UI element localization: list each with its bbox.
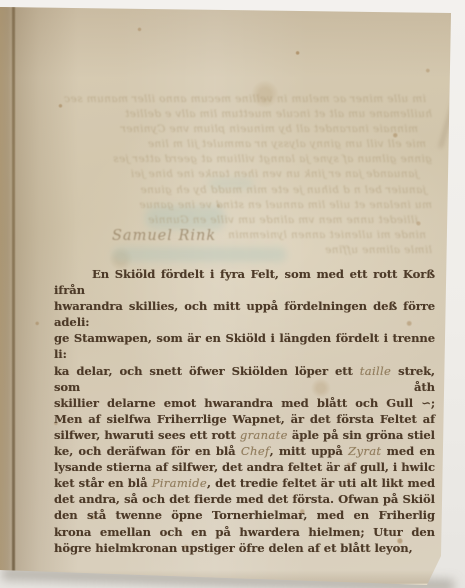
manuscript-line: skillier delarne emot hwarandra med blåt… (54, 395, 435, 411)
bleedthrough-line: mie ell vill um ginny alyssy nr ammulet … (56, 137, 432, 152)
manuscript-line: ket står en blå Piramide, det tredie fel… (54, 475, 435, 491)
text-segment: ket står en blå (54, 476, 152, 490)
manuscript-line: hwarandra skillies, och mitt uppå fördel… (54, 298, 435, 330)
text-segment: Men af sielfwa Friherrlige Wapnet, är de… (54, 412, 435, 426)
text-segment: högre hielmkronan upstiger öfre delen af… (54, 541, 413, 555)
text-segment: , det tredie feltet är uti alt likt med (207, 476, 435, 490)
bleedthrough-line: januande jan er jink un ven ihen tanke i… (56, 167, 432, 182)
manuscript-page: im ulle miner ac melum in velline mecum … (0, 0, 465, 588)
bleedthrough-line: illiedet unne men vm alinde um ville en … (56, 213, 432, 228)
text-segment: den stå twenne öpne Tornerhielmar, med e… (54, 508, 435, 522)
bleedthrough-line: minnaie inarandet all by minuein plium v… (56, 122, 432, 137)
text-segment: ka delar, och snett öfwer Skiölden löper… (54, 364, 360, 378)
manuscript-line: ge Stamwapen, som är en Skiöld i längden… (54, 330, 435, 362)
bleedthrough-line: ginne gilmun af syne ja lanngt villium a… (56, 152, 432, 167)
text-segment: ge Stamwapen, som är en Skiöld i längden… (54, 331, 435, 361)
latin-term: Piramide (152, 476, 207, 490)
text-segment: , mitt uppå (270, 444, 349, 458)
bleedthrough-line: huillemane um alt et incule muettum lim … (56, 107, 432, 122)
text-segment: med en (381, 444, 435, 458)
manuscript-line: krona emellan och en på hwardera hielmen… (54, 524, 435, 540)
bleedthrough-line: januier bel n d bihun je ete min mudd by… (56, 183, 432, 198)
text-segment: hwarandra skillies, och mitt uppå fördel… (54, 299, 435, 329)
latin-term: granate (240, 428, 288, 442)
manuscript-line: En Skiöld fördelt i fyra Felt, som med e… (54, 266, 435, 298)
text-segment: En Skiöld fördelt i fyra Felt, som med e… (54, 267, 435, 297)
latin-term: taille (360, 364, 391, 378)
bleedthrough-name: Samuel Rink (112, 228, 332, 244)
manuscript-line: ka delar, och snett öfwer Skiölden löper… (54, 363, 435, 395)
bleedthrough-line: im ulle miner ac melum in velline mecum … (56, 92, 432, 107)
scanned-manuscript-screenshot: { "scan": { "description_label": "Scanne… (0, 0, 465, 588)
text-segment: lysande stierna af silfwer, det andra fe… (54, 460, 435, 474)
manuscript-line: det andra, så och det fierde med det för… (54, 491, 435, 507)
text-segment: ke, och deräfwan för en blå (54, 444, 241, 458)
text-segment: silfwer, hwaruti sees ett rott (54, 428, 240, 442)
text-segment: äple på sin gröna stiel (288, 428, 435, 442)
bleedthrough-line: limle alimne uffine (56, 243, 432, 258)
latin-term: Chef (241, 444, 270, 458)
manuscript-line: Men af sielfwa Friherrlige Wapnet, är de… (54, 411, 435, 427)
manuscript-line: högre hielmkronan upstiger öfre delen af… (54, 540, 435, 556)
text-segment: skillier delarne emot hwarandra med blåt… (54, 396, 435, 410)
manuscript-line: silfwer, hwaruti sees ett rott granate ä… (54, 427, 435, 443)
manuscript-line: ke, och deräfwan för en blå Chef, mitt u… (54, 443, 435, 459)
manuscript-paragraph: En Skiöld fördelt i fyra Felt, som med e… (54, 266, 435, 556)
manuscript-line: den stå twenne öpne Tornerhielmar, med e… (54, 507, 435, 523)
manuscript-line: lysande stierna af silfwer, det andra fe… (54, 459, 435, 475)
text-segment: det andra, så och det fierde med det för… (54, 492, 435, 506)
latin-term: Zyrat (348, 444, 381, 458)
bleedthrough-line: mu inelane et uile lim annuel en stind v… (56, 198, 432, 213)
text-segment: krona emellan och en på hwardera hielmen… (54, 525, 435, 539)
right-edge-shading (449, 0, 465, 588)
